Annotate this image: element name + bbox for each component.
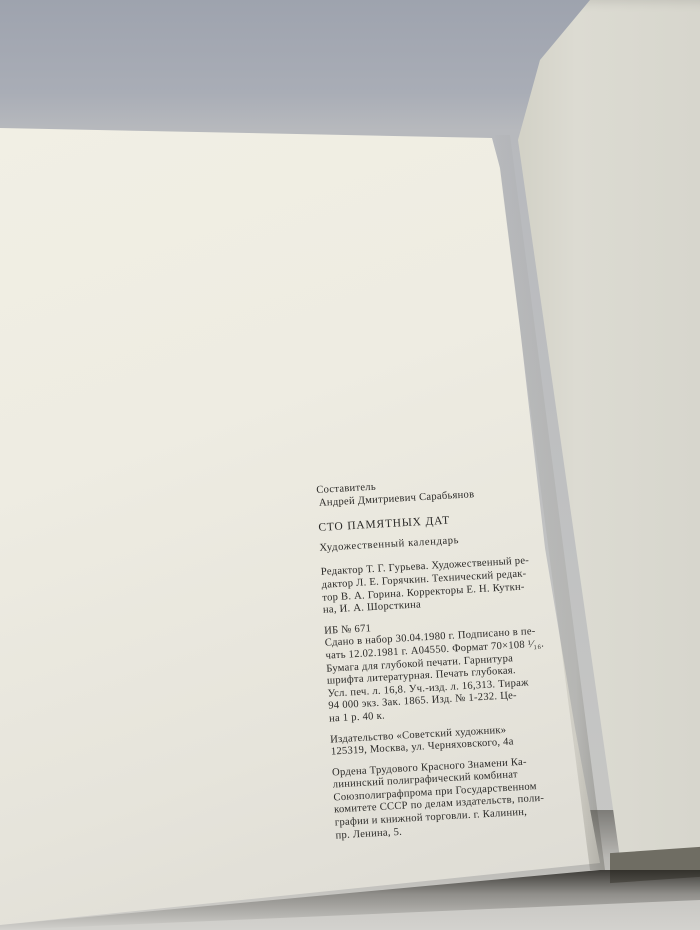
print-details-section: ИБ № 671 Сдано в набор 30.04.1980 г. Под… (324, 612, 579, 727)
colophon: Составитель Андрей Дмитриевич Сарабьянов… (316, 471, 586, 843)
printer-section: Ордена Трудового Красного Знамени Ка- ли… (332, 753, 586, 842)
